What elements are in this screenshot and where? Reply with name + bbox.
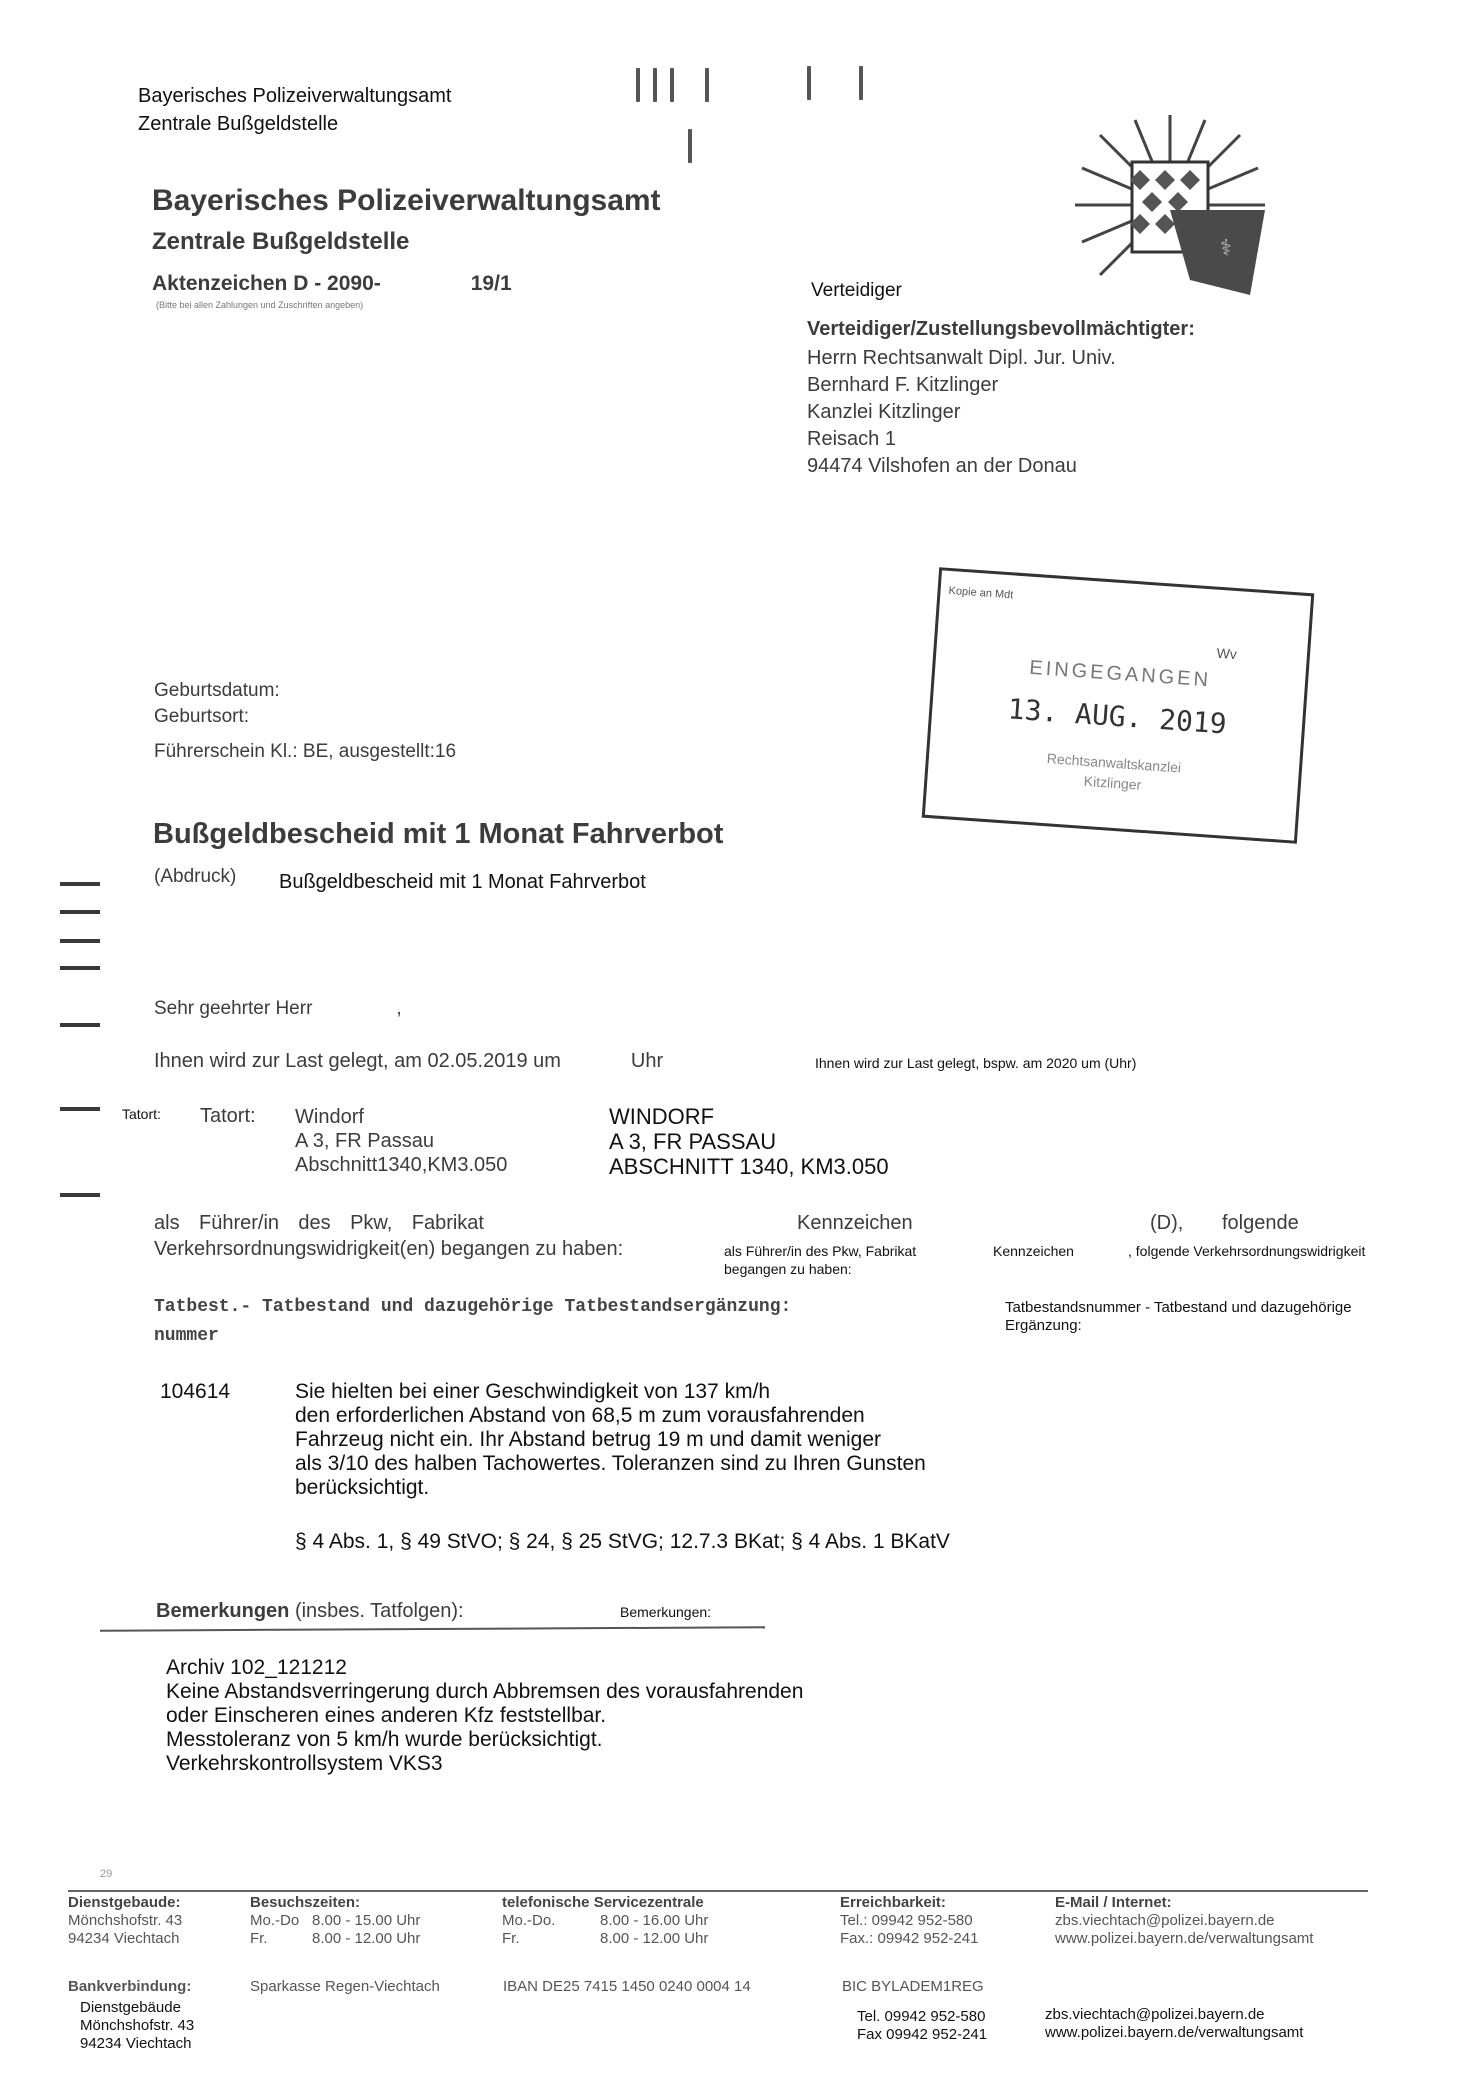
offense-number: 104614 — [160, 1380, 230, 1404]
country-code: (D), — [1150, 1212, 1183, 1235]
kennzeichen-label: Kennzeichen — [797, 1212, 913, 1235]
folgende-label: folgende — [1222, 1212, 1299, 1235]
recipient-address: Herrn Rechtsanwalt Dipl. Jur. Univ. Bern… — [807, 345, 1116, 480]
accusation-line: Ihnen wird zur Last gelegt, am 02.05.201… — [154, 1050, 663, 1073]
remarks-divider — [100, 1626, 765, 1631]
received-stamp: Kopie an Mdt Wv EINGEGANGEN 13. AUG. 201… — [922, 567, 1315, 844]
tatort-label: Tatort: — [200, 1105, 256, 1128]
overlay-driver-c: , folgende Verkehrsordnungswidrigkeit — [1128, 1243, 1365, 1259]
authority-name: Bayerisches Polizeiverwaltungsamt — [152, 184, 661, 218]
overlay-footer-web: zbs.viechtach@polizei.bayern.de www.poli… — [1045, 2006, 1303, 2042]
remarks-text: Archiv 102_121212 Keine Abstandsverringe… — [166, 1656, 803, 1776]
overlay-table-header: Tatbestandsnummer - Tatbestand und dazug… — [1005, 1299, 1425, 1335]
document-title: Bußgeldbescheid mit 1 Monat Fahrverbot — [153, 818, 723, 851]
license-info: Führerschein Kl.: BE, ausgestellt:16 — [154, 741, 456, 763]
overlay-accusation: Ihnen wird zur Last gelegt, bspw. am 202… — [815, 1055, 1136, 1071]
remarks-heading: Bemerkungen (insbes. Tatfolgen): — [156, 1600, 464, 1623]
footer-visiting-hours: Besuchszeiten: Mo.-Do8.00 - 15.00 Uhr Fr… — [250, 1894, 420, 1948]
footer-bank-name: Sparkasse Regen-Viechtach — [250, 1978, 440, 1996]
driver-line-2: Verkehrsordnungswidrigkeit(en) begangen … — [154, 1238, 623, 1261]
overlay-footer-reach: Tel. 09942 952-580 Fax 09942 952-241 — [857, 2008, 987, 2044]
driver-line-1: alsFührer/indesPkw,Fabrikat — [154, 1212, 484, 1235]
aktenzeichen: Aktenzeichen D - 2090-19/1 — [152, 272, 512, 296]
page-number: 29 — [100, 1868, 112, 1880]
bavarian-police-star-icon: ⚕ — [1070, 110, 1270, 300]
overlay-driver-a: als Führer/in des Pkw, Fabrikat — [724, 1243, 916, 1259]
overlay-tatort-label: Tatort: — [122, 1106, 161, 1122]
overlay-driver-b: Kennzeichen — [993, 1243, 1074, 1259]
footer-email-link[interactable]: zbs.viechtach@polizei.bayern.de — [1055, 1912, 1313, 1930]
birthdate-label: Geburtsdatum: — [154, 680, 280, 702]
footer-reachability: Erreichbarkeit: Tel.: 09942 952-580 Fax.… — [840, 1894, 978, 1948]
offense-legal-basis: § 4 Abs. 1, § 49 StVO; § 24, § 25 StVG; … — [295, 1530, 950, 1554]
table-header-cont: nummer — [154, 1326, 219, 1346]
overlay-department: Zentrale Bußgeldstelle — [138, 112, 338, 136]
footer-divider — [68, 1890, 1368, 1892]
recipient-heading: Verteidiger/Zustellungsbevollmächtigter: — [807, 318, 1195, 341]
overlay-verteidiger: Verteidiger — [811, 280, 902, 302]
overlay-footer-office: Dienstgebäude Mönchshofstr. 43 94234 Vie… — [80, 1999, 194, 2053]
overlay-title: Bußgeldbescheid mit 1 Monat Fahrverbot — [279, 871, 646, 894]
footer-iban: IBAN DE25 7415 1450 0240 0004 14 — [503, 1978, 751, 1996]
department-name: Zentrale Bußgeldstelle — [152, 228, 409, 256]
salutation: Sehr geehrter Herr, — [154, 998, 402, 1020]
footer-web: E-Mail / Internet: zbs.viechtach@polizei… — [1055, 1894, 1313, 1948]
footer-service-center: telefonische Servicezentrale Mo.-Do.8.00… — [502, 1894, 708, 1948]
table-header: Tatbest.- Tatbestand und dazugehörige Ta… — [154, 1297, 791, 1317]
birthplace-label: Geburtsort: — [154, 706, 249, 728]
aktenzeichen-hint: (Bitte bei allen Zahlungen und Zuschrift… — [156, 300, 363, 310]
footer-bic: BIC BYLADEM1REG — [842, 1978, 984, 1996]
footer-office: Dienstgebaude: Mönchshofstr. 43 94234 Vi… — [68, 1894, 182, 1948]
overlay-tatort-location: WINDORF A 3, FR PASSAU ABSCHNITT 1340, K… — [609, 1104, 889, 1179]
footer-bank-heading: Bankverbindung: — [68, 1978, 191, 1996]
abdruck-label: (Abdruck) — [154, 866, 236, 888]
overlay-authority: Bayerisches Polizeiverwaltungsamt — [138, 84, 451, 108]
footer-website-link[interactable]: www.polizei.bayern.de/verwaltungsamt — [1055, 1930, 1313, 1948]
stamp-date: 13. AUG. 2019 — [932, 687, 1303, 746]
overlay-remarks-label: Bemerkungen: — [620, 1604, 711, 1620]
overlay-driver-d: begangen zu haben: — [724, 1261, 852, 1277]
offense-description: Sie hielten bei einer Geschwindigkeit vo… — [295, 1380, 926, 1500]
tatort-location: Windorf A 3, FR Passau Abschnitt1340,KM3… — [295, 1105, 507, 1177]
svg-text:⚕: ⚕ — [1220, 236, 1232, 261]
